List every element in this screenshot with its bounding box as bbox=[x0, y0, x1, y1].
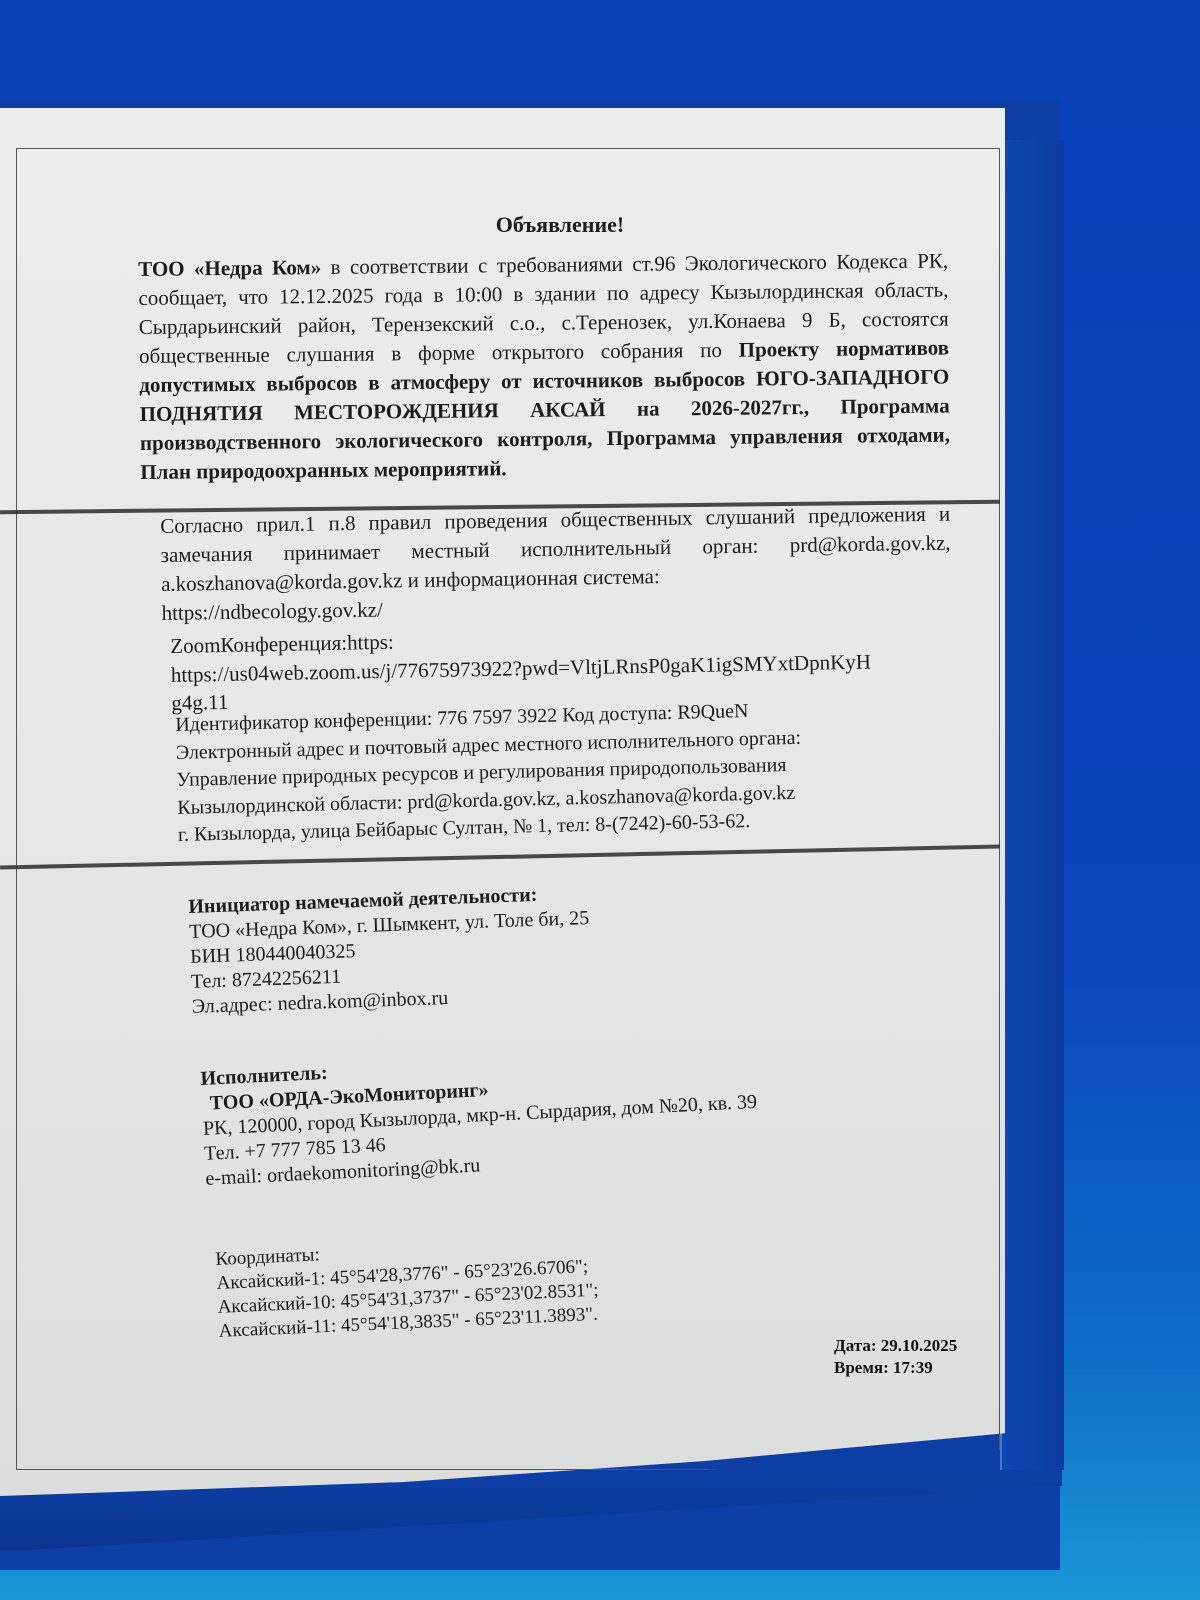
frame-right-edge bbox=[1000, 140, 1064, 1470]
comments-paragraph: Согласно прил.1 п.8 правил проведения об… bbox=[160, 500, 952, 628]
intro-org: ТОО «Недра Ком» bbox=[138, 255, 321, 281]
initiator-block: Инициатор намечаемой деятельности: ТОО «… bbox=[188, 881, 592, 1020]
coordinates-block: Координаты: Аксайский-1: 45°54'28,3776" … bbox=[215, 1231, 600, 1344]
photo-timestamp: Дата: 29.10.2025 Время: 17:39 bbox=[834, 1335, 957, 1379]
notice-title: Объявление! bbox=[0, 212, 1120, 238]
comments-text: Согласно прил.1 п.8 правил проведения об… bbox=[160, 502, 951, 596]
authority-block: Идентификатор конференции: 776 7597 3922… bbox=[175, 693, 938, 849]
stamp-date: Дата: 29.10.2025 bbox=[834, 1335, 957, 1357]
intro-paragraph: ТОО «Недра Ком» в соответствии с требова… bbox=[138, 247, 950, 487]
stamp-time: Время: 17:39 bbox=[834, 1357, 957, 1379]
